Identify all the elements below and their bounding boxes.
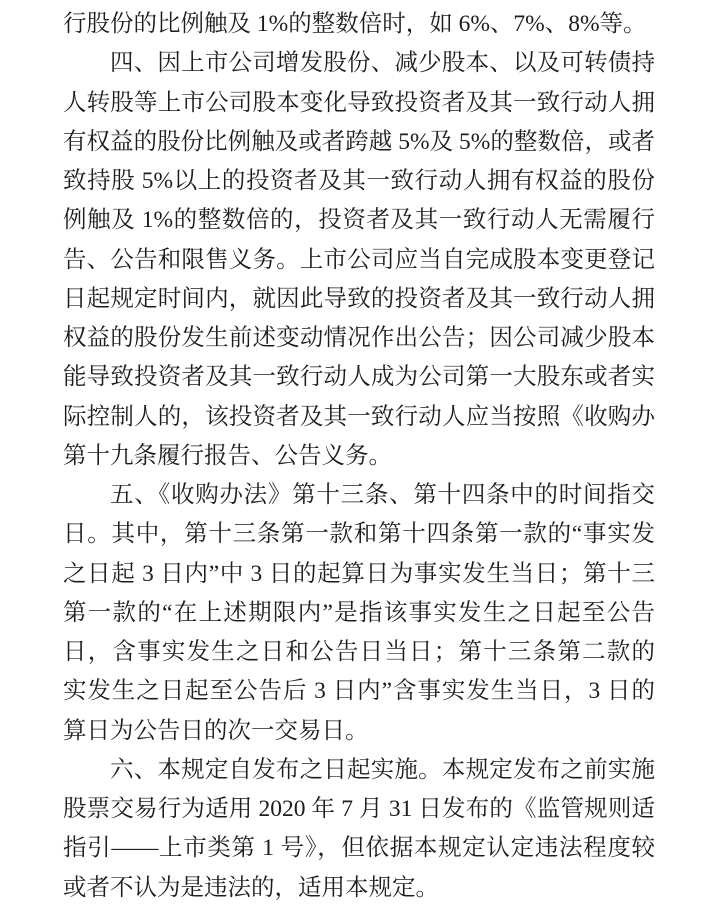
text-line: 日。其中，第十三条第一款和第十四条第一款的“事实发生 xyxy=(63,515,655,554)
text-line: 或者不认为是违法的，适用本规定。 xyxy=(63,869,655,908)
text-line: 实发生之日起至公告后 3 日内”含事实发生当日，3 日的起 xyxy=(63,672,655,711)
text-line: 例触及 1%的整数倍的，投资者及其一致行动人无需履行报 xyxy=(63,201,655,240)
text-line: 四、因上市公司增发股份、减少股本、以及可转债持有 xyxy=(63,44,655,83)
text-line: 之日起 3 日内”中 3 日的起算日为事实发生当日；第十三条 xyxy=(63,555,655,594)
text-line: 指引——上市类第 1 号》，但依据本规定认定违法程度较轻 xyxy=(63,829,655,868)
text-line: 第十九条履行报告、公告义务。 xyxy=(63,437,655,476)
text-line: 行股份的比例触及 1%的整数倍时，如 6%、7%、8%等。 xyxy=(63,5,655,44)
text-line: 第一款的“在上述期限内”是指该事实发生之日起至公告 xyxy=(63,594,655,633)
text-line: 致持股 5%以上的投资者及其一致行动人拥有权益的股份比 xyxy=(63,162,655,201)
text-line: 股票交易行为适用 2020 年 7 月 31 日发布的《监管规则适用 xyxy=(63,790,655,829)
document-page: 行股份的比例触及 1%的整数倍时，如 6%、7%、8%等。 四、因上市公司增发股… xyxy=(0,0,715,910)
text-line: 权益的股份发生前述变动情况作出公告；因公司减少股本可 xyxy=(63,319,655,358)
text-line: 六、本规定自发布之日起实施。本规定发布之前实施的 xyxy=(63,751,655,790)
text-line: 人转股等上市公司股本变化导致投资者及其一致行动人拥 xyxy=(63,84,655,123)
text-line: 日起规定时间内，就因此导致的投资者及其一致行动人拥有 xyxy=(63,280,655,319)
text-line: 际控制人的，该投资者及其一致行动人应当按照《收购办法》 xyxy=(63,398,655,437)
text-line: 算日为公告日的次一交易日。 xyxy=(63,712,655,751)
text-line: 有权益的股份比例触及或者跨越 5%及 5%的整数倍，或者导 xyxy=(63,123,655,162)
text-line: 五、《收购办法》第十三条、第十四条中的时间指交易 xyxy=(63,476,655,515)
text-line: 告、公告和限售义务。上市公司应当自完成股本变更登记之 xyxy=(63,241,655,280)
text-line: 日，含事实发生之日和公告日当日；第十三条第二款的“事 xyxy=(63,633,655,672)
text-line: 能导致投资者及其一致行动人成为公司第一大股东或者实 xyxy=(63,358,655,397)
document-text-block: 行股份的比例触及 1%的整数倍时，如 6%、7%、8%等。 四、因上市公司增发股… xyxy=(0,0,715,908)
